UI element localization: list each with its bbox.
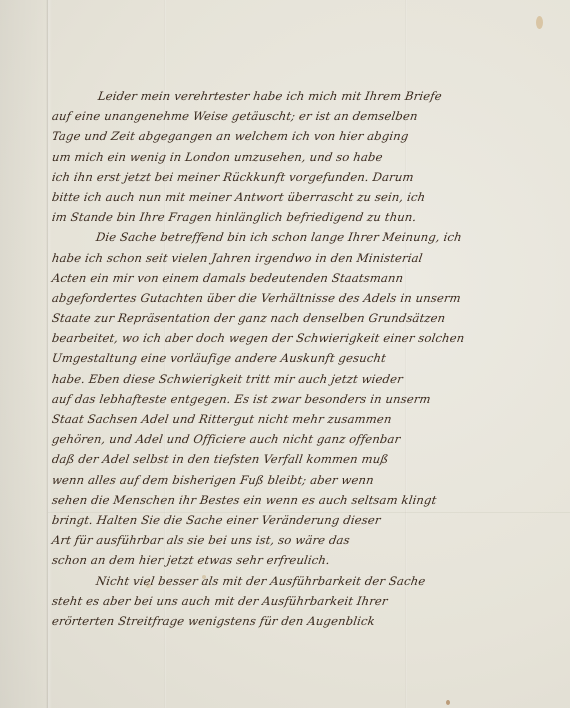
letter-line: wenn alles auf dem bisherigen Fuß bleibt… [51, 470, 554, 490]
letter-line: schon an dem hier jetzt etwas sehr erfre… [51, 550, 554, 570]
letter-line: Staat Sachsen Adel und Rittergut nicht m… [51, 409, 554, 429]
letter-line: Tage und Zeit abgegangen an welchem ich … [51, 126, 554, 146]
letter-line: daß der Adel selbst in den tiefsten Verf… [51, 449, 554, 469]
letter-line: auf das lebhafteste entgegen. Es ist zwa… [51, 389, 554, 409]
letter-line: abgefordertes Gutachten über die Verhält… [51, 288, 554, 308]
letter-line: bearbeitet, wo ich aber doch wegen der S… [51, 328, 554, 348]
letter-line: auf eine unangenehme Weise getäuscht; er… [51, 106, 554, 126]
letter-line: Art für ausführbar als sie bei uns ist, … [51, 530, 554, 550]
letter-line: Die Sache betreffend bin ich schon lange… [51, 227, 554, 247]
letter-line: bringt. Halten Sie die Sache einer Verän… [51, 510, 554, 530]
letter-line: ich ihn erst jetzt bei meiner Rückkunft … [51, 167, 554, 187]
letter-line: Umgestaltung eine vorläufige andere Ausk… [51, 348, 554, 368]
letter-line: Staate zur Repräsentation der ganz nach … [51, 308, 554, 328]
letter-line: steht es aber bei uns auch mit der Ausfü… [51, 591, 554, 611]
handwritten-letter-body: Leider mein verehrtester habe ich mich m… [52, 86, 552, 631]
letter-line: Nicht viel besser als mit der Ausführbar… [51, 571, 554, 591]
letter-page: Leider mein verehrtester habe ich mich m… [0, 0, 570, 708]
letter-line: sehen die Menschen ihr Bestes ein wenn e… [51, 490, 554, 510]
letter-line: erörterten Streitfrage wenigstens für de… [51, 611, 554, 631]
letter-line: um mich ein wenig in London umzusehen, u… [51, 147, 554, 167]
paper-fold-left [47, 0, 49, 708]
letter-line: im Stande bin Ihre Fragen hinlänglich be… [51, 207, 554, 227]
letter-line: habe. Eben diese Schwierigkeit tritt mir… [51, 369, 554, 389]
letter-line: Acten ein mir von einem damals bedeutend… [51, 268, 554, 288]
letter-line: Leider mein verehrtester habe ich mich m… [51, 86, 554, 106]
letter-line: bitte ich auch nun mit meiner Antwort üb… [51, 187, 554, 207]
paper-stain [536, 16, 543, 29]
letter-line: gehören, und Adel und Officiere auch nic… [51, 429, 554, 449]
letter-line: habe ich schon seit vielen Jahren irgend… [51, 248, 554, 268]
paper-stain [446, 700, 450, 705]
